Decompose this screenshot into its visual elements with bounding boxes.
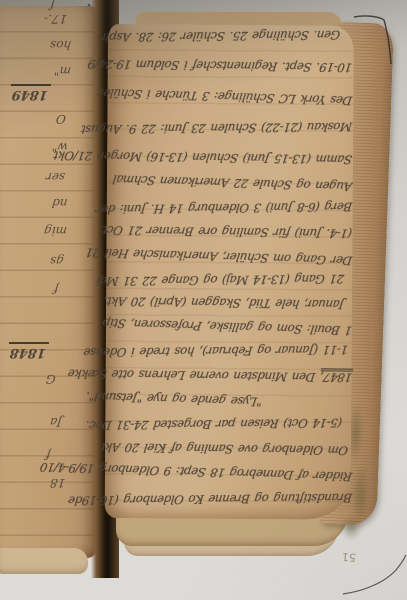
margin-year-1848: 1848 — [7, 342, 49, 359]
left-page-text-fragment: 17.- — [43, 12, 68, 26]
handwritten-line: 1 Bouil: Som og galliske, Professoren, S… — [111, 313, 354, 340]
handwritten-line: (5-14 Oct) Reisen par Borgested 24-31 De… — [111, 413, 353, 436]
handwritten-line: (1-4. Juni) für Samling ore Brenner 21 O… — [111, 220, 354, 243]
left-page-text-fragment: m" — [53, 64, 71, 78]
handwritten-line: 10-19. Sept. Regimentschef i Soldum 19-2… — [111, 54, 354, 77]
handwritten-line: 21 Gang (13-14 Maj) og Gange 22 31 Maj — [111, 269, 353, 292]
handwritten-line: "Lyse gende og nye "Jetsund". — [111, 387, 354, 414]
handwritten-line: Januar, hele Tiid, Skaggen (April) 20 Ak… — [111, 291, 354, 314]
photo-of-open-notebook: ſ 17.- hos m" 1849 O w" ser nd mig gs f … — [0, 0, 407, 600]
handwritten-line: Samm (13-15 Juni) Schulen (13-16) Morgen… — [111, 146, 354, 169]
left-page-text-fragment: hos — [49, 38, 72, 52]
handwritten-line: Der Gang om Schüler, Amerikanische Heil … — [111, 243, 354, 270]
left-page-text-fragment: G — [45, 372, 56, 386]
handwritten-line: Moskau (21-22) Schulen 23 Juni: 22 9. Au… — [111, 117, 353, 140]
handwritten-line: Brandstiftung og Brenne Ko Oldenborg (16… — [111, 488, 353, 511]
left-page-text-fragment: ser — [45, 170, 65, 184]
left-page-under-edge — [0, 548, 88, 574]
handwritten-line: Ridder af Dannebrog 18 Sept: 9 Oldenborg… — [111, 459, 354, 486]
handwritten-line: Augen og Schule 22 Amerikanen Schmal — [111, 169, 354, 196]
left-page-text-fragment: nd — [51, 196, 68, 210]
left-page-text-fragment: gs — [49, 254, 64, 268]
left-page-text-fragment: O — [55, 112, 66, 126]
year-1847-double-underlined: 1847, — [319, 370, 353, 384]
left-page-text-fragment: Ja — [49, 415, 62, 429]
handwritten-line: Des York LC Schülinge: 3 Tünche i Schüle… — [111, 83, 354, 110]
margin-year-1849: 1849 — [9, 84, 51, 101]
handwritten-line: Gen. Schülinge 25. Schüler 26: 28. Aspir… — [111, 25, 353, 48]
handwritten-line: Berg (6-8 Juni) 3 Oldenburg 14 H. Juni: … — [111, 197, 353, 220]
handwritten-line: 1-11 (Januar og Februar), hos trede i Od… — [111, 340, 353, 363]
left-page-text-fragment: 18 — [49, 476, 66, 490]
page-number: 51 — [331, 549, 356, 564]
handwritten-text-block: Gen. Schülinge 25. Schüler 26: 28. Aspir… — [112, 26, 352, 526]
handwritten-line-1847: 1847, Den Mindsten overne Lehrens otte S… — [111, 364, 354, 387]
handwritten-line: Om Oldenborg ove Samling af Kiel 20 Akt. — [111, 437, 354, 460]
left-page-text-fragment: mig — [43, 224, 67, 238]
